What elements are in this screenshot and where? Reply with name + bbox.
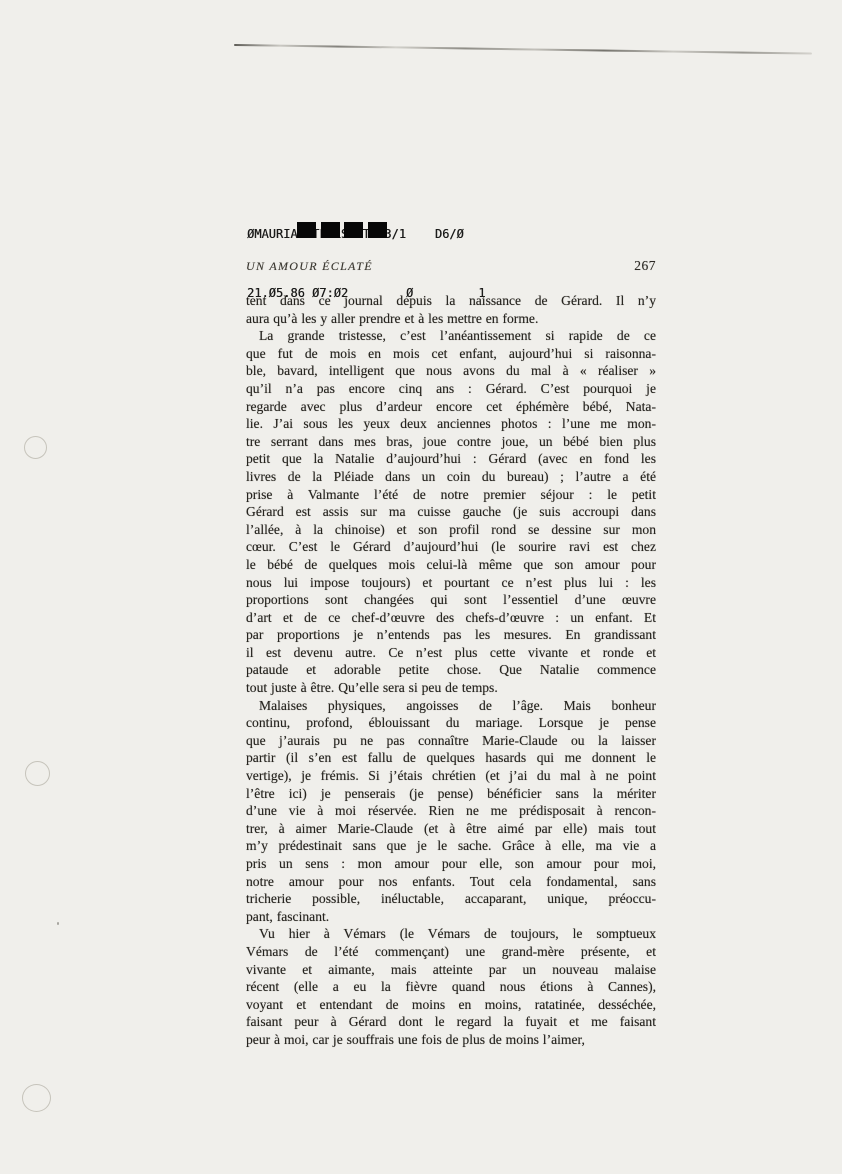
- scan-speck: [57, 922, 59, 925]
- text-line: proportions sont changées qui sont l’ess…: [246, 591, 656, 609]
- text-line: Vémars de l’été commençant) une grand-mè…: [246, 943, 656, 961]
- paragraph: Vu hier à Vémars (le Vémars de toujours,…: [246, 925, 656, 1048]
- ink-block: [368, 222, 387, 238]
- text-line: tent dans ce journal depuis la naissance…: [246, 292, 656, 310]
- text-line: Vu hier à Vémars (le Vémars de toujours,…: [246, 925, 656, 943]
- scanned-page: ØMAURIACETFILSTOTAL3/1 D6/Ø 21.Ø5.86 Ø7:…: [0, 0, 842, 1174]
- page-number: 267: [634, 258, 656, 274]
- text-line: voyant et entendant de moins en moins, r…: [246, 996, 656, 1014]
- text-line: faisant peur à Gérard dont le regard la …: [246, 1013, 656, 1031]
- paragraph: La grande tristesse, c’est l’anéantissem…: [246, 327, 656, 696]
- text-line: Gérard est assis sur ma cuisse gauche (j…: [246, 503, 656, 521]
- text-line: notre amour pour nos enfants. Tout cela …: [246, 873, 656, 891]
- ink-block: [344, 222, 363, 238]
- text-line: La grande tristesse, c’est l’anéantissem…: [246, 327, 656, 345]
- text-line: petit que la Natalie d’aujourd’hui : Gér…: [246, 450, 656, 468]
- text-line: vivante et aimante, mais atteinte par un…: [246, 961, 656, 979]
- text-line: il est devenu autre. Ce n’est plus cette…: [246, 644, 656, 662]
- text-line: l’allée, à la chinoise) et son profil ro…: [246, 521, 656, 539]
- text-line: que j’aurais pu ne pas connaître Marie-C…: [246, 732, 656, 750]
- scan-edge-line: [234, 44, 812, 54]
- text-line: pant, fascinant.: [246, 908, 656, 926]
- paragraph: Malaises physiques, angoisses de l’âge. …: [246, 697, 656, 926]
- text-line: m’y prédestinait sans que je le sache. G…: [246, 837, 656, 855]
- hole-punch-mark: [24, 436, 47, 459]
- hole-punch-mark: [25, 761, 50, 786]
- text-line: aura qu’à les y aller prendre et à les m…: [246, 310, 656, 328]
- text-line: ble, bavard, intelligent que nous avons …: [246, 362, 656, 380]
- text-line: peur à moi, car je souffrais une fois de…: [246, 1031, 656, 1049]
- text-line: nous lui impose toujours) et pourtant ce…: [246, 574, 656, 592]
- text-line: partir (il s’en est fallu de quelques ha…: [246, 749, 656, 767]
- ink-blocks: [297, 222, 387, 238]
- text-line: regarde avec plus d’ardeur encore cet ép…: [246, 398, 656, 416]
- text-line: l’être ici) je penserais (je pense) béné…: [246, 785, 656, 803]
- text-line: d’une vie à moi réservée. Rien ne me pré…: [246, 802, 656, 820]
- text-line: lie. J’ai sous les yeux deux anciennes p…: [246, 415, 656, 433]
- text-line: récent (elle a eu la fièvre quand nous é…: [246, 978, 656, 996]
- paragraph: tent dans ce journal depuis la naissance…: [246, 292, 656, 327]
- text-line: le bébé de quelques mois celui-là même q…: [246, 556, 656, 574]
- chapter-title: UN AMOUR ÉCLATÉ: [246, 259, 373, 274]
- text-line: tre serrant dans mes bras, joue contre j…: [246, 433, 656, 451]
- text-line: continu, profond, éblouissant du mariage…: [246, 714, 656, 732]
- text-line: que fut de mois en mois cet enfant, aujo…: [246, 345, 656, 363]
- ink-block: [297, 222, 316, 238]
- body-text: tent dans ce journal depuis la naissance…: [246, 292, 656, 1049]
- ink-block: [321, 222, 340, 238]
- text-line: par proportions je n’entends pas les mes…: [246, 626, 656, 644]
- text-line: tricherie possible, inéluctable, accapar…: [246, 890, 656, 908]
- text-line: Malaises physiques, angoisses de l’âge. …: [246, 697, 656, 715]
- text-line: pris un sens : mon amour pour elle, son …: [246, 855, 656, 873]
- text-line: cœur. C’est le Gérard d’aujourd’hui (le …: [246, 538, 656, 556]
- text-line: livres de la Pléiade dans un coin du bur…: [246, 468, 656, 486]
- text-line: trer, à aimer Marie-Claude (et à être ai…: [246, 820, 656, 838]
- running-header: UN AMOUR ÉCLATÉ 267: [246, 258, 656, 274]
- hole-punch-mark: [22, 1084, 51, 1112]
- text-line: prise à Valmante l’été de notre premier …: [246, 486, 656, 504]
- text-line: d’art et de ce chef-d’œuvre des chefs-d’…: [246, 609, 656, 627]
- text-line: qu’il n’a pas encore cinq ans : Gérard. …: [246, 380, 656, 398]
- text-line: tout juste à être. Qu’elle sera si peu d…: [246, 679, 656, 697]
- text-line: pataude et adorable petite chose. Que Na…: [246, 661, 656, 679]
- text-line: vertige), je frémis. Si j’étais chrétien…: [246, 767, 656, 785]
